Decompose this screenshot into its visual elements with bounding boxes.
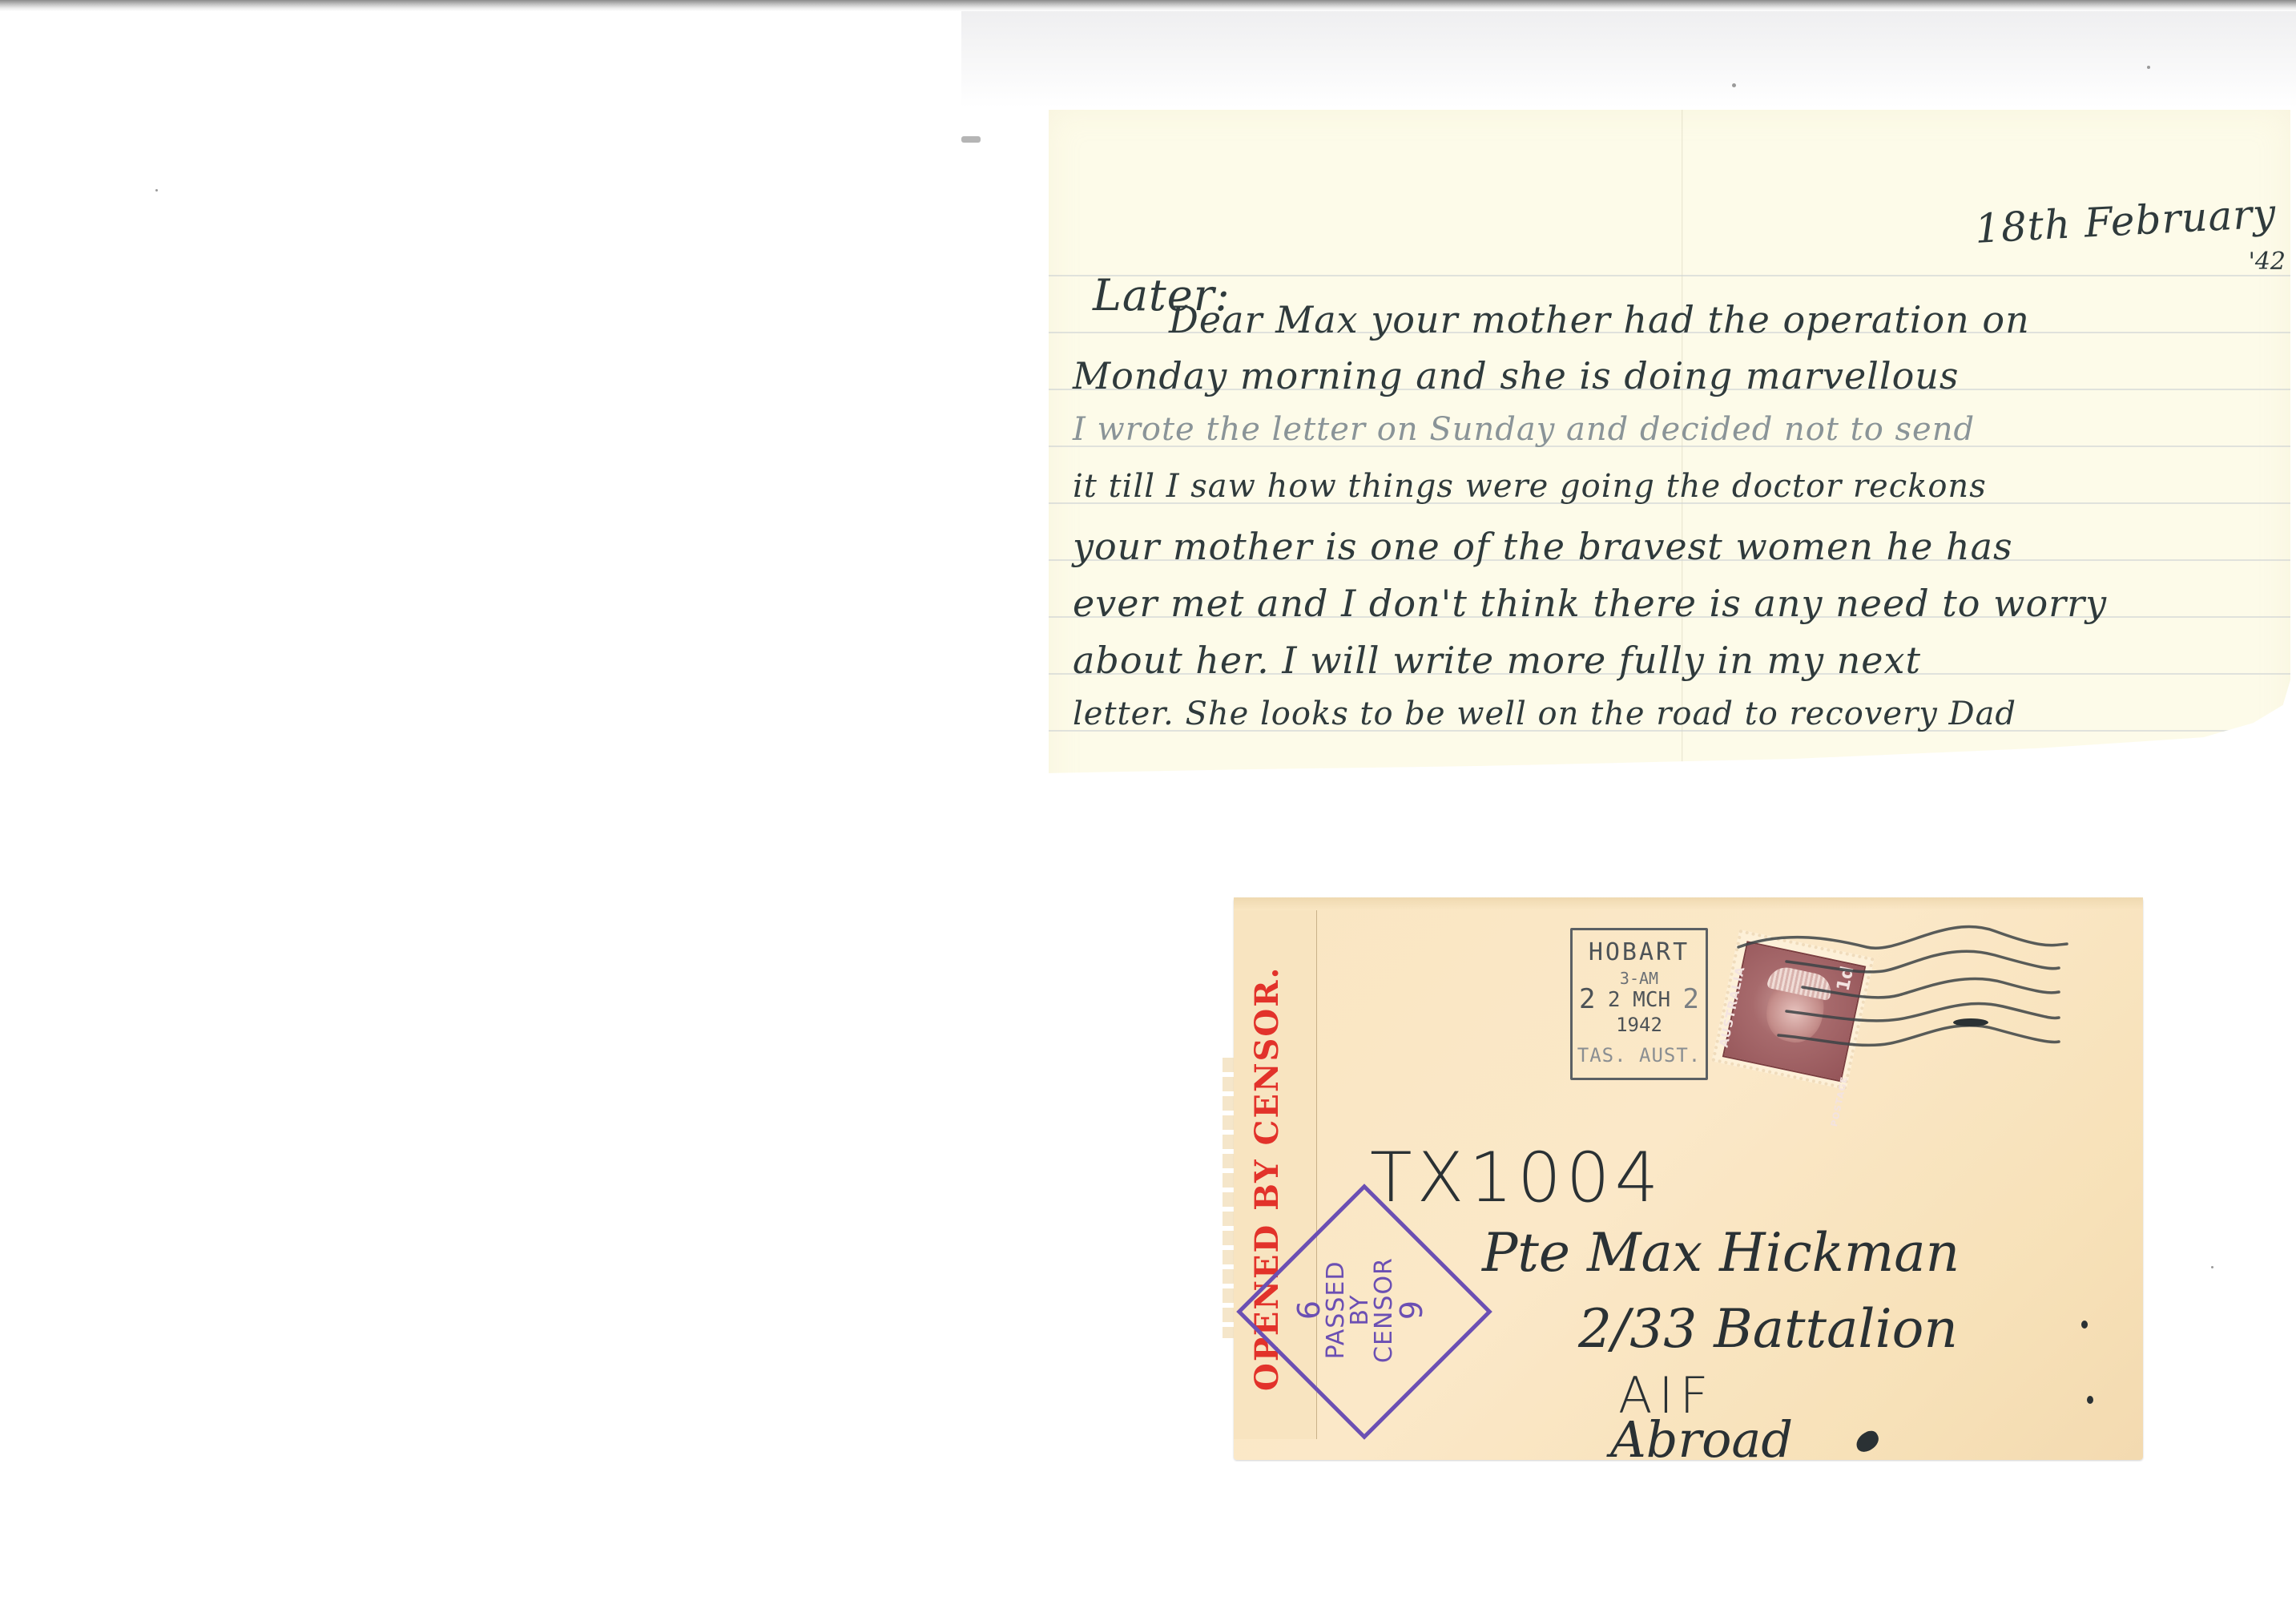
letter-line: about her. I will write more fully in my… [1073,639,1921,682]
scan-speck [155,189,158,192]
scanner-haze [961,11,2296,107]
letter-year: '42 [2249,248,2286,276]
censor-number-top: 6 [1294,1300,1324,1320]
censored-envelope: OPENED BY CENSOR. 6 PASSED BY CENSOR 9 H… [1234,897,2143,1460]
address-service-number: TX1004 [1370,1138,1663,1218]
censor-stamp-line: CENSOR [1372,1257,1396,1363]
postmark-side-right: 2 [1683,983,1699,1015]
letter-line: I wrote the letter on Sunday and decided… [1073,411,1975,448]
letter-line: it till I saw how things were going the … [1073,468,1987,505]
postmark-city: HOBART [1573,938,1706,966]
letter-line: Monday morning and she is doing marvello… [1073,354,1960,397]
wavy-cancellation-icon [1730,897,2115,1090]
hobart-postmark: HOBART 3-AM 2 2 MCH 2 1942 TAS. AUST. [1570,928,1708,1080]
letter-date: 18th February [1973,190,2277,252]
ink-dot [2087,1396,2093,1404]
ink-dot [2081,1321,2088,1329]
letter-line: letter. She looks to be well on the road… [1073,696,2016,732]
scan-speck [1732,83,1736,87]
censor-stamp-line: BY [1348,1294,1372,1325]
scanner-shadow [0,0,2296,11]
address-destination: Abroad [1610,1410,1793,1469]
address-recipient-name: Pte Max Hickman [1482,1222,1960,1284]
ruled-line [1049,787,2290,788]
ink-blot [1853,1428,1883,1455]
censor-stamp-line: PASSED [1324,1261,1348,1360]
scan-speck [2211,1266,2213,1268]
censor-number-bottom: 9 [1396,1300,1427,1320]
scan-speck [2147,66,2150,69]
letter-line: your mother is one of the bravest women … [1073,525,2013,568]
handwritten-letter: 18th February '42 Later: Dear Max your m… [1049,110,2290,827]
address-unit: 2/33 Battalion [1578,1298,1958,1360]
passed-by-censor-stamp: 6 PASSED BY CENSOR 9 [1280,1238,1440,1382]
scan-speck [961,136,981,143]
ruled-line [1049,275,2290,276]
postmark-region: TAS. AUST. [1573,1044,1706,1067]
letter-line: ever met and I don't think there is any … [1073,582,2107,625]
postmark-year: 1942 [1573,1014,1706,1036]
letter-line: Dear Max your mother had the operation o… [1169,298,2030,341]
